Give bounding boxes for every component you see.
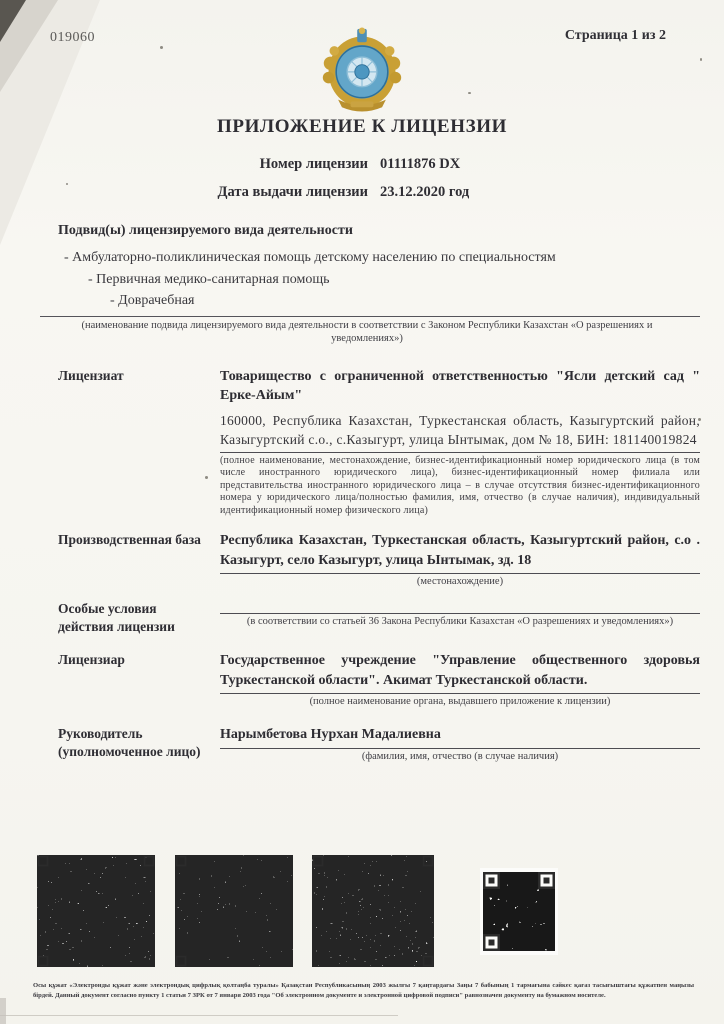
special-conditions-caption: (в соответствии со статьей 36 Закона Рес… <box>220 616 700 627</box>
scan-speck <box>468 92 471 94</box>
signature-datamatrix-1 <box>37 855 155 967</box>
subtypes-underline <box>40 316 700 317</box>
subtype-item: - Амбулаторно-поликлиническая помощь дет… <box>64 247 724 269</box>
head-label: Руководитель (уполномоченное лицо) <box>58 725 220 762</box>
license-number-label: Номер лицензии <box>0 156 368 173</box>
licensor-label: Лицензиар <box>58 651 220 707</box>
head-value: Нарымбетова Нурхан Мадалиевна <box>220 725 700 749</box>
license-date-value: 23.12.2020 год <box>380 184 469 201</box>
licensor-field: Лицензиар Государственное учреждение "Уп… <box>58 651 700 707</box>
subtype-item: - Первичная медико-санитарная помощь <box>88 269 724 291</box>
licensee-name: Товарищество с ограниченной ответственно… <box>220 367 700 406</box>
special-conditions-label: Особые условия действия лицензии <box>58 600 220 635</box>
license-number-row: Номер лицензии 01111876 DX <box>0 156 724 173</box>
paper-edge-mark <box>0 998 6 1024</box>
license-meta: Номер лицензии 01111876 DX Дата выдачи л… <box>0 156 724 212</box>
document-serial-number: 019060 <box>50 30 95 46</box>
verification-qr-icon <box>480 868 558 955</box>
paper-edge-line <box>0 1015 398 1016</box>
license-number-value: 01111876 DX <box>380 156 460 173</box>
special-conditions-field: Особые условия действия лицензии (в соот… <box>58 600 700 635</box>
subtypes-list: - Амбулаторно-поликлиническая помощь дет… <box>0 247 724 312</box>
scan-speck <box>700 58 702 61</box>
signature-datamatrix-3 <box>312 855 434 967</box>
signature-datamatrix-2 <box>175 855 293 967</box>
production-base-label: Производственная база <box>58 531 220 587</box>
licensor-value: Государственное учреждение "Управление о… <box>220 651 700 694</box>
licensee-label: Лицензиат <box>58 367 220 518</box>
licensee-field: Лицензиат Товарищество с ограниченной от… <box>58 367 700 518</box>
license-attachment-document: 019060 Страница 1 из 2 <box>0 0 724 1024</box>
licensee-caption: (полное наименование, местонахождение, б… <box>220 455 700 518</box>
special-conditions-underline <box>220 600 700 614</box>
legal-footer-text: Осы құжат «Электронды құжат және электро… <box>33 981 694 1000</box>
page-title: ПРИЛОЖЕНИЕ К ЛИЦЕНЗИИ <box>0 116 724 138</box>
license-date-label: Дата выдачи лицензии <box>0 184 368 201</box>
licensor-caption: (полное наименование органа, выдавшего п… <box>220 696 700 707</box>
licensee-address: 160000, Республика Казахстан, Туркестанс… <box>220 411 700 453</box>
scan-speck <box>160 46 163 49</box>
head-caption: (фамилия, имя, отчество (в случае наличи… <box>220 751 700 762</box>
document-body: Подвид(ы) лицензируемого вида деятельнос… <box>0 223 724 762</box>
head-field: Руководитель (уполномоченное лицо) Нарым… <box>58 725 700 762</box>
production-base-caption: (местонахождение) <box>220 576 700 587</box>
subtypes-heading: Подвид(ы) лицензируемого вида деятельнос… <box>58 223 724 239</box>
subtypes-caption: (наименование подвида лицензируемого вид… <box>70 319 664 345</box>
subtype-item: - Доврачебная <box>110 290 724 312</box>
production-base-value: Республика Казахстан, Туркестанская обла… <box>220 531 700 574</box>
page-indicator: Страница 1 из 2 <box>565 28 666 44</box>
license-date-row: Дата выдачи лицензии 23.12.2020 год <box>0 184 724 201</box>
kazakhstan-emblem-icon <box>319 25 405 118</box>
production-base-field: Производственная база Республика Казахст… <box>58 531 700 587</box>
